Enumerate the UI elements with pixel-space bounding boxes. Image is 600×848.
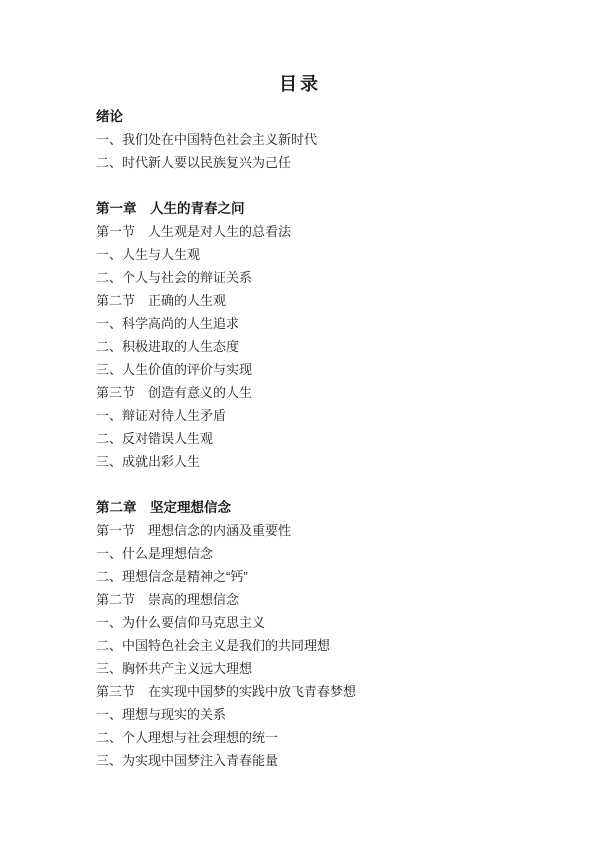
toc-entry: 第一节 人生观是对人生的总看法	[96, 220, 540, 243]
document-page: 目录 绪论 一、我们处在中国特色社会主义新时代 二、时代新人要以民族复兴为己任 …	[0, 0, 600, 848]
toc-section-chapter-1: 第一章 人生的青春之问 第一节 人生观是对人生的总看法 一、人生与人生观 二、个…	[96, 197, 540, 473]
toc-section-intro: 绪论 一、我们处在中国特色社会主义新时代 二、时代新人要以民族复兴为己任	[96, 105, 540, 174]
toc-entry: 一、理想与现实的关系	[96, 703, 540, 726]
toc-entry: 二、个人与社会的辩证关系	[96, 266, 540, 289]
toc-entry: 三、为实现中国梦注入青春能量	[96, 749, 540, 772]
toc-entry: 二、理想信念是精神之“钙”	[96, 565, 540, 588]
toc-entry: 一、人生与人生观	[96, 243, 540, 266]
toc-entry: 第二节 正确的人生观	[96, 289, 540, 312]
toc-heading: 第二章 坚定理想信念	[96, 496, 540, 519]
toc-section-chapter-2: 第二章 坚定理想信念 第一节 理想信念的内涵及重要性 一、什么是理想信念 二、理…	[96, 496, 540, 772]
toc-entry: 一、什么是理想信念	[96, 542, 540, 565]
toc-entry: 一、科学高尚的人生追求	[96, 312, 540, 335]
toc-entry: 第三节 在实现中国梦的实践中放飞青春梦想	[96, 680, 540, 703]
toc-entry: 三、成就出彩人生	[96, 450, 540, 473]
toc-entry: 二、中国特色社会主义是我们的共同理想	[96, 634, 540, 657]
toc-entry: 三、人生价值的评价与实现	[96, 358, 540, 381]
toc-entry: 一、辩证对待人生矛盾	[96, 404, 540, 427]
toc-entry: 第一节 理想信念的内涵及重要性	[96, 519, 540, 542]
toc-entry: 二、积极进取的人生态度	[96, 335, 540, 358]
toc-heading: 第一章 人生的青春之问	[96, 197, 540, 220]
toc-entry: 二、时代新人要以民族复兴为己任	[96, 151, 540, 174]
toc-entry: 三、胸怀共产主义远大理想	[96, 657, 540, 680]
toc-entry: 一、为什么要信仰马克思主义	[96, 611, 540, 634]
toc-entry: 第二节 崇高的理想信念	[96, 588, 540, 611]
page-title: 目录	[0, 0, 600, 96]
toc-entry: 一、我们处在中国特色社会主义新时代	[96, 128, 540, 151]
toc-entry: 二、个人理想与社会理想的统一	[96, 726, 540, 749]
toc-entry: 第三节 创造有意义的人生	[96, 381, 540, 404]
toc-entry: 二、反对错误人生观	[96, 427, 540, 450]
toc-heading: 绪论	[96, 105, 540, 128]
table-of-contents: 绪论 一、我们处在中国特色社会主义新时代 二、时代新人要以民族复兴为己任 第一章…	[0, 96, 600, 772]
